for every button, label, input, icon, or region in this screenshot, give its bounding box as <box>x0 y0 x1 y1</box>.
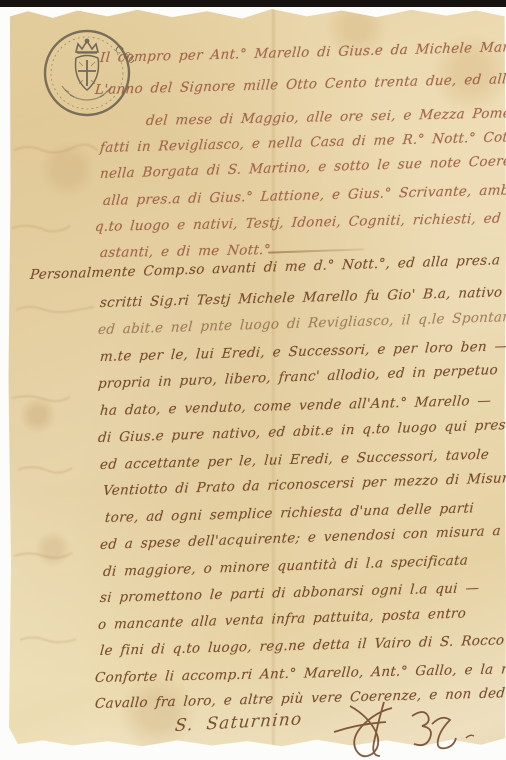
coat-of-arms-icon <box>76 56 99 91</box>
crown-icon <box>76 39 98 53</box>
scanned-manuscript: C.60 Il compro per Ant.° Marello di Gius… <box>0 0 506 760</box>
revenue-stamp: C.60 <box>40 26 134 120</box>
scan-edge-bar <box>0 0 506 7</box>
stamp-denomination: C.60 <box>112 44 134 67</box>
